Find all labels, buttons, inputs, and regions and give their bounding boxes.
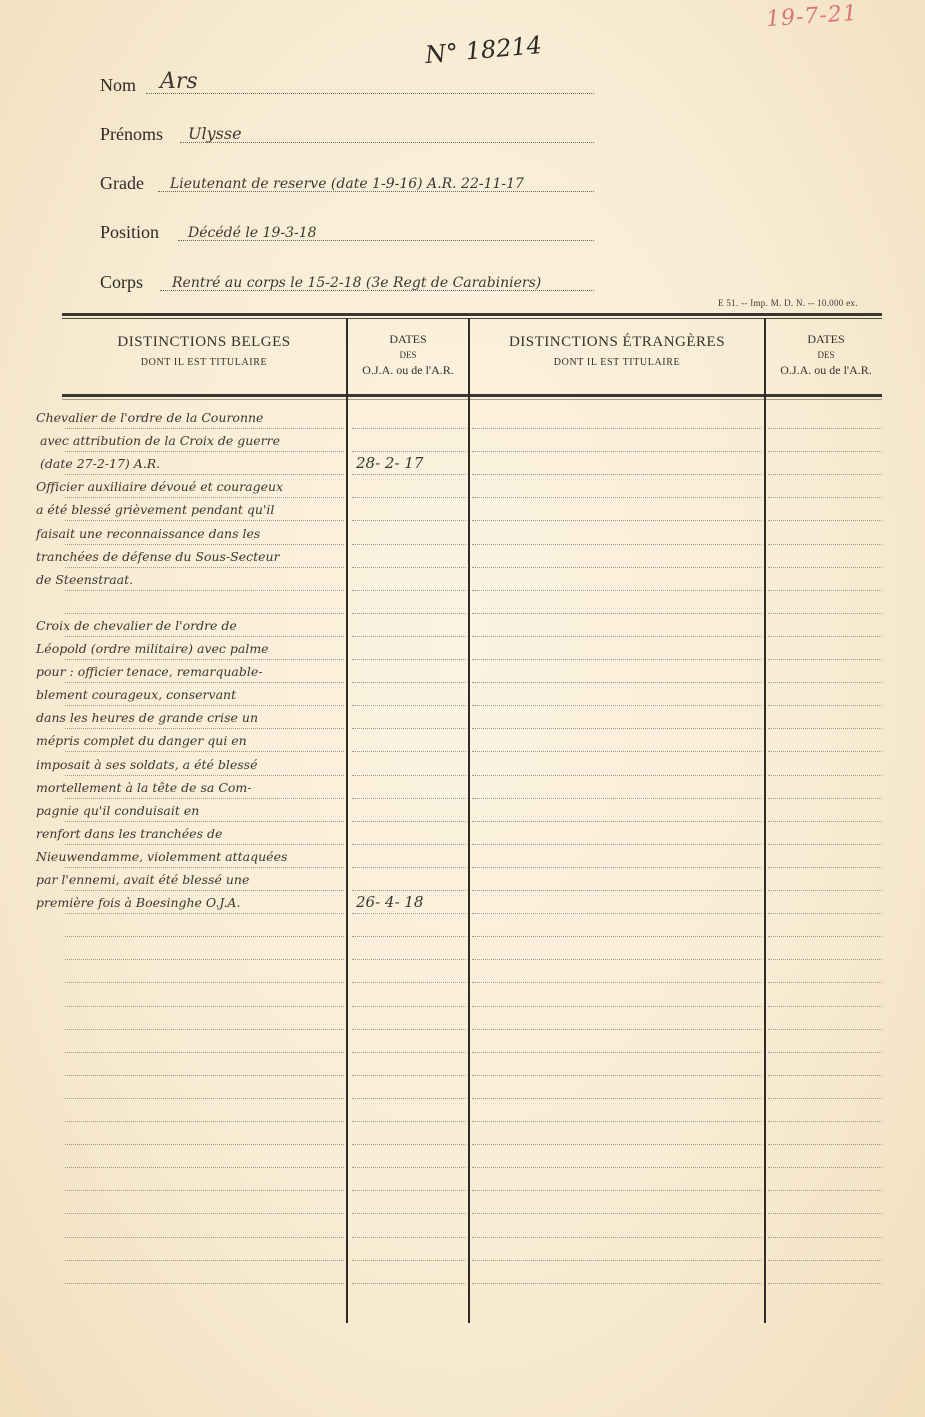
ruled-line xyxy=(472,1167,762,1168)
ruled-line xyxy=(768,451,882,452)
ruled-line xyxy=(352,659,466,660)
ruled-line xyxy=(472,705,762,706)
ruled-line xyxy=(472,728,762,729)
ruled-line xyxy=(65,775,344,776)
distinction-line: pour : officier tenace, remarquable- xyxy=(36,664,262,679)
ruled-line xyxy=(352,1052,466,1053)
header-title: DISTINCTIONS BELGES xyxy=(62,334,346,351)
ruled-line xyxy=(65,867,344,868)
ruled-line xyxy=(768,659,882,660)
ruled-line xyxy=(65,1260,344,1261)
ruled-line xyxy=(768,428,882,429)
ruled-line xyxy=(65,613,344,614)
distinction-line: blement courageux, conservant xyxy=(36,687,236,702)
ruled-line xyxy=(65,1121,344,1122)
ruled-line xyxy=(65,751,344,752)
ruled-line xyxy=(768,1121,882,1122)
ruled-line xyxy=(472,451,762,452)
distinction-line: dans les heures de grande crise un xyxy=(36,710,258,725)
column-divider-1 xyxy=(346,318,348,1323)
distinction-date: 28- 2- 17 xyxy=(356,454,423,472)
header-title: DATES xyxy=(348,332,468,347)
ruled-line xyxy=(65,1098,344,1099)
distinction-line: première fois à Boesinghe O.J.A. xyxy=(36,895,240,910)
ruled-line xyxy=(352,728,466,729)
ruled-line xyxy=(472,798,762,799)
ruled-line xyxy=(352,705,466,706)
ruled-line xyxy=(352,428,466,429)
ruled-line xyxy=(65,544,344,545)
red-annotation-date: 19-7-21 xyxy=(765,1,858,32)
ruled-line xyxy=(352,1121,466,1122)
field-corps: Corps Rentré au corps le 15-2-18 (3e Reg… xyxy=(100,267,620,297)
ruled-line xyxy=(352,544,466,545)
ruled-line xyxy=(65,474,344,475)
field-label: Position xyxy=(100,222,159,243)
ruled-line xyxy=(768,1237,882,1238)
ruled-line xyxy=(65,890,344,891)
ruled-line xyxy=(65,1144,344,1145)
header-foreign-dates: DATES DES O.J.A. ou de l'A.R. xyxy=(766,332,886,378)
distinction-line: par l'ennemi, avait été blessé une xyxy=(36,872,249,887)
ruled-line xyxy=(472,1006,762,1007)
ruled-line xyxy=(768,890,882,891)
ruled-line xyxy=(352,959,466,960)
ruled-line xyxy=(352,936,466,937)
ruled-line xyxy=(352,636,466,637)
ruled-line xyxy=(768,751,882,752)
header-subtitle: O.J.A. ou de l'A.R. xyxy=(348,363,468,378)
ruled-line xyxy=(472,913,762,914)
header-subtitle: DONT IL EST TITULAIRE xyxy=(470,357,764,368)
ruled-line xyxy=(472,844,762,845)
field-value-nom: Ars xyxy=(160,69,198,94)
ruled-line xyxy=(768,844,882,845)
column-divider-3 xyxy=(764,318,766,1323)
ruled-line xyxy=(768,590,882,591)
ruled-line xyxy=(352,520,466,521)
ruled-line xyxy=(65,798,344,799)
header-bottom-rule xyxy=(62,394,882,397)
field-grade: Grade Lieutenant de reserve (date 1-9-16… xyxy=(100,168,620,198)
field-value-corps: Rentré au corps le 15-2-18 (3e Regt de C… xyxy=(172,275,541,291)
ruled-line xyxy=(65,497,344,498)
ruled-line xyxy=(768,728,882,729)
ruled-line xyxy=(768,821,882,822)
ruled-line xyxy=(352,1075,466,1076)
ruled-line xyxy=(768,520,882,521)
distinction-line: avec attribution de la Croix de guerre xyxy=(40,433,280,448)
header-belgian-dates: DATES DES O.J.A. ou de l'A.R. xyxy=(348,332,468,378)
distinction-line: Officier auxiliaire dévoué et courageux xyxy=(36,479,283,494)
ruled-line xyxy=(65,682,344,683)
record-number: N° 18214 xyxy=(424,31,543,69)
ruled-line xyxy=(65,982,344,983)
ruled-line xyxy=(65,590,344,591)
ruled-line xyxy=(768,474,882,475)
ruled-line xyxy=(352,775,466,776)
field-value-grade: Lieutenant de reserve (date 1-9-16) A.R.… xyxy=(170,176,524,192)
distinction-line: pagnie qu'il conduisait en xyxy=(36,803,199,818)
dotted-line xyxy=(146,93,594,94)
ruled-line xyxy=(768,1190,882,1191)
ruled-line xyxy=(65,705,344,706)
field-label: Nom xyxy=(100,75,136,96)
ruled-line xyxy=(65,567,344,568)
ruled-line xyxy=(352,1167,466,1168)
ruled-line xyxy=(768,497,882,498)
ruled-line xyxy=(768,1144,882,1145)
ruled-line xyxy=(65,428,344,429)
header-mid: DES xyxy=(348,350,468,360)
ruled-line xyxy=(472,1121,762,1122)
ruled-line xyxy=(352,867,466,868)
ruled-line xyxy=(352,1006,466,1007)
ruled-line xyxy=(768,1260,882,1261)
ruled-line xyxy=(768,636,882,637)
ruled-line xyxy=(472,1190,762,1191)
field-label: Corps xyxy=(100,272,143,293)
ruled-line xyxy=(768,613,882,614)
ruled-line xyxy=(472,751,762,752)
table-top-rule xyxy=(62,313,882,316)
ruled-line xyxy=(352,682,466,683)
ruled-line xyxy=(472,1075,762,1076)
ruled-line xyxy=(472,890,762,891)
ruled-line xyxy=(65,913,344,914)
field-value-position: Décédé le 19-3-18 xyxy=(188,225,317,241)
ruled-line xyxy=(768,1283,882,1284)
distinction-line: faisait une reconnaissance dans les xyxy=(36,526,260,541)
ruled-line xyxy=(352,1213,466,1214)
ruled-line xyxy=(65,1283,344,1284)
ruled-line xyxy=(768,1029,882,1030)
ruled-line xyxy=(352,590,466,591)
ruled-line xyxy=(472,613,762,614)
ruled-line xyxy=(768,775,882,776)
ruled-line xyxy=(472,1098,762,1099)
ruled-line xyxy=(65,1029,344,1030)
ruled-line xyxy=(472,567,762,568)
ruled-line xyxy=(352,751,466,752)
ruled-line xyxy=(472,636,762,637)
ruled-line xyxy=(472,982,762,983)
field-value-prenoms: Ulysse xyxy=(188,124,242,143)
column-divider-2 xyxy=(468,318,470,1323)
ruled-line xyxy=(352,821,466,822)
ruled-line xyxy=(352,890,466,891)
ruled-line xyxy=(65,959,344,960)
ruled-line xyxy=(768,1098,882,1099)
ruled-line xyxy=(472,1029,762,1030)
distinction-line: Léopold (ordre militaire) avec palme xyxy=(36,641,269,656)
ruled-line xyxy=(65,1006,344,1007)
ruled-line xyxy=(352,613,466,614)
ruled-line xyxy=(472,1283,762,1284)
ruled-line xyxy=(352,567,466,568)
ruled-line xyxy=(768,959,882,960)
ruled-line xyxy=(352,1190,466,1191)
field-label: Prénoms xyxy=(100,124,163,145)
table-top-rule-thin xyxy=(62,318,882,319)
ruled-line xyxy=(352,1283,466,1284)
distinction-line: Nieuwendamme, violemment attaquées xyxy=(36,849,287,864)
ruled-line xyxy=(352,1144,466,1145)
header-belgian-distinctions: DISTINCTIONS BELGES DONT IL EST TITULAIR… xyxy=(62,334,346,368)
distinction-line: a été blessé grièvement pendant qu'il xyxy=(36,502,274,517)
distinction-line: (date 27-2-17) A.R. xyxy=(40,456,160,471)
ruled-line xyxy=(65,1190,344,1191)
ruled-line xyxy=(768,1052,882,1053)
ruled-line xyxy=(352,844,466,845)
ruled-line xyxy=(65,844,344,845)
ruled-line xyxy=(65,728,344,729)
ruled-line xyxy=(65,1052,344,1053)
field-prenoms: Prénoms Ulysse xyxy=(100,119,620,149)
ruled-line xyxy=(352,474,466,475)
ruled-line xyxy=(352,798,466,799)
field-nom: Nom Ars xyxy=(100,70,620,100)
print-reference: E 51. -- Imp. M. D. N. -- 10.000 ex. xyxy=(718,298,858,308)
header-subtitle: O.J.A. ou de l'A.R. xyxy=(766,363,886,378)
distinction-line: Chevalier de l'ordre de la Couronne xyxy=(36,410,263,425)
ruled-line xyxy=(65,1237,344,1238)
ruled-line xyxy=(768,1167,882,1168)
ruled-line xyxy=(352,497,466,498)
ruled-line xyxy=(472,682,762,683)
ruled-line xyxy=(768,936,882,937)
ruled-line xyxy=(768,705,882,706)
ruled-line xyxy=(472,959,762,960)
distinction-line: renfort dans les tranchées de xyxy=(36,826,222,841)
ruled-line xyxy=(65,1213,344,1214)
ruled-line xyxy=(472,520,762,521)
field-position: Position Décédé le 19-3-18 xyxy=(100,217,620,247)
distinction-line: imposait à ses soldats, a été blessé xyxy=(36,757,257,772)
dotted-line xyxy=(180,142,594,143)
ruled-line xyxy=(65,1167,344,1168)
ruled-line xyxy=(768,682,882,683)
ruled-line xyxy=(472,428,762,429)
header-title: DATES xyxy=(766,332,886,347)
ruled-line xyxy=(352,1098,466,1099)
header-subtitle: DONT IL EST TITULAIRE xyxy=(62,357,346,368)
ruled-line xyxy=(768,798,882,799)
distinction-line: de Steenstraat. xyxy=(36,572,133,587)
ruled-line xyxy=(472,821,762,822)
ruled-line xyxy=(352,451,466,452)
distinction-line: Croix de chevalier de l'ordre de xyxy=(36,618,237,633)
ruled-line xyxy=(472,544,762,545)
ruled-line xyxy=(352,913,466,914)
ruled-line xyxy=(768,982,882,983)
ruled-line xyxy=(65,659,344,660)
header-title: DISTINCTIONS ÉTRANGÈRES xyxy=(470,334,764,351)
ruled-line xyxy=(472,1052,762,1053)
distinction-line: mortellement à la tête de sa Com- xyxy=(36,780,252,795)
ruled-line xyxy=(768,544,882,545)
ruled-line xyxy=(768,1006,882,1007)
ruled-line xyxy=(352,1237,466,1238)
ruled-line xyxy=(65,821,344,822)
ruled-line xyxy=(768,867,882,868)
ruled-line xyxy=(65,636,344,637)
ruled-line xyxy=(472,775,762,776)
ruled-line xyxy=(352,982,466,983)
ruled-line xyxy=(768,567,882,568)
ruled-line xyxy=(472,1144,762,1145)
ruled-line xyxy=(472,659,762,660)
ruled-line xyxy=(352,1260,466,1261)
ruled-line xyxy=(472,497,762,498)
header-bottom-rule-thin xyxy=(62,399,882,400)
distinction-line: tranchées de défense du Sous-Secteur xyxy=(36,549,280,564)
ruled-line xyxy=(768,1075,882,1076)
ruled-line xyxy=(65,936,344,937)
ruled-line xyxy=(472,1260,762,1261)
ruled-line xyxy=(472,867,762,868)
ruled-line xyxy=(65,520,344,521)
distinction-date: 26- 4- 18 xyxy=(356,893,423,911)
ruled-line xyxy=(352,1029,466,1030)
ruled-line xyxy=(472,590,762,591)
ruled-line xyxy=(472,474,762,475)
ruled-line xyxy=(768,913,882,914)
ruled-line xyxy=(472,1213,762,1214)
ruled-line xyxy=(65,1075,344,1076)
ruled-line xyxy=(472,936,762,937)
field-label: Grade xyxy=(100,173,144,194)
header-foreign-distinctions: DISTINCTIONS ÉTRANGÈRES DONT IL EST TITU… xyxy=(470,334,764,368)
header-mid: DES xyxy=(766,350,886,360)
ruled-line xyxy=(768,1213,882,1214)
distinction-line: mépris complet du danger qui en xyxy=(36,733,247,748)
ruled-line xyxy=(472,1237,762,1238)
ruled-line xyxy=(65,451,344,452)
